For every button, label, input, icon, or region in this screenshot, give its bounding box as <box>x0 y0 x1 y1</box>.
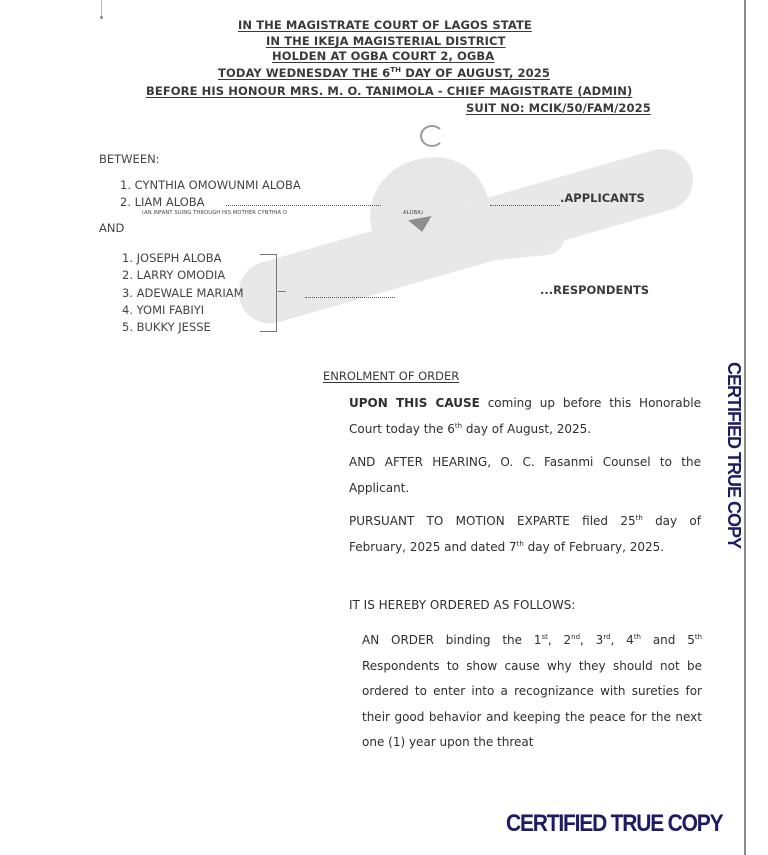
dotted-leader <box>226 205 381 206</box>
applicant-item: 1. CYNTHIA OMOWUNMI ALOBA <box>120 178 301 192</box>
date-prefix: TODAY WEDNESDAY THE 6 <box>218 66 390 80</box>
respondents-role: ...RESPONDENTS <box>540 283 649 297</box>
date-sup: TH <box>390 66 401 74</box>
paragraph-order-binding: AN ORDER binding the 1st, 2nd, 3rd, 4th … <box>362 628 702 756</box>
p5-text: Respondents to show cause why they shoul… <box>362 659 702 750</box>
p5-sup: th <box>695 633 702 641</box>
bracket-tick <box>278 291 286 292</box>
p5-text: , 3 <box>580 633 603 647</box>
suit-number: SUIT NO: MCIK/50/FAM/2025 <box>466 101 651 115</box>
p5-text: , 2 <box>548 633 571 647</box>
date-suffix: DAY OF AUGUST, 2025 <box>401 66 550 80</box>
enrolment-heading: ENROLMENT OF ORDER <box>323 369 459 383</box>
p5-text: AN ORDER binding the 1 <box>362 633 541 647</box>
p1-bold: UPON THIS CAUSE <box>349 396 480 410</box>
p1-sup: th <box>455 422 462 430</box>
paragraph-upon-cause: UPON THIS CAUSE coming up before this Ho… <box>349 391 701 442</box>
certified-true-copy-stamp: CERTIFIED TRUE COPY <box>506 810 722 838</box>
p5-sup: nd <box>571 633 580 641</box>
court-title: IN THE MAGISTRATE COURT OF LAGOS STATE <box>238 18 532 32</box>
between-label: BETWEEN: <box>99 152 160 166</box>
court-date: TODAY WEDNESDAY THE 6TH DAY OF AUGUST, 2… <box>218 66 550 80</box>
page-edge-divider <box>744 0 746 855</box>
certified-true-copy-stamp-vertical: CERTIFIED TRUE COPY <box>723 362 744 562</box>
p5-sup: rd <box>603 633 610 641</box>
and-label: AND <box>99 221 124 235</box>
p3-c: day of February, 2025. <box>524 540 664 554</box>
respondent-item: 2. LARRY OMODIA <box>122 268 225 282</box>
p3-a: PURSUANT TO MOTION EXPARTE filed 25 <box>349 514 636 528</box>
respondent-item: 1. JOSEPH ALOBA <box>122 251 222 265</box>
infant-note: (AN INFANT SUING THROUGH HIS MOTHER CYNT… <box>142 210 287 216</box>
dotted-leader <box>305 297 395 298</box>
presiding-magistrate: BEFORE HIS HONOUR MRS. M. O. TANIMOLA - … <box>146 84 632 98</box>
respondent-item: 3. ADEWALE MARIAM <box>122 286 244 300</box>
scan-artifact-line <box>101 0 102 16</box>
applicants-role: .APPLICANTS <box>560 191 645 205</box>
p1-end: day of August, 2025. <box>462 422 591 436</box>
scan-artifact-dot <box>100 16 103 19</box>
p3-sup: th <box>517 540 524 548</box>
paragraph-ordered: IT IS HEREBY ORDERED AS FOLLOWS: <box>349 593 701 619</box>
court-location: HOLDEN AT OGBA COURT 2, OGBA <box>272 49 494 63</box>
p3-sup: th <box>636 514 643 522</box>
scribble-mark <box>420 125 444 147</box>
paragraph-after-hearing: AND AFTER HEARING, O. C. Fasanmi Counsel… <box>349 450 701 501</box>
paragraph-pursuant: PURSUANT TO MOTION EXPARTE filed 25th da… <box>349 509 701 560</box>
respondent-item: 5. BUKKY JESSE <box>122 320 211 334</box>
respondent-item: 4. YOMI FABIYI <box>122 303 204 317</box>
applicant-item: 2. LIAM ALOBA <box>120 195 205 209</box>
respondents-bracket <box>260 254 277 332</box>
dotted-leader <box>490 205 560 206</box>
infant-note-end: ALOBA) <box>403 210 423 216</box>
p5-text: , 4 <box>611 633 634 647</box>
p5-sup: th <box>634 633 641 641</box>
court-district: IN THE IKEJA MAGISTERIAL DISTRICT <box>266 34 506 48</box>
p5-text: and 5 <box>641 633 695 647</box>
